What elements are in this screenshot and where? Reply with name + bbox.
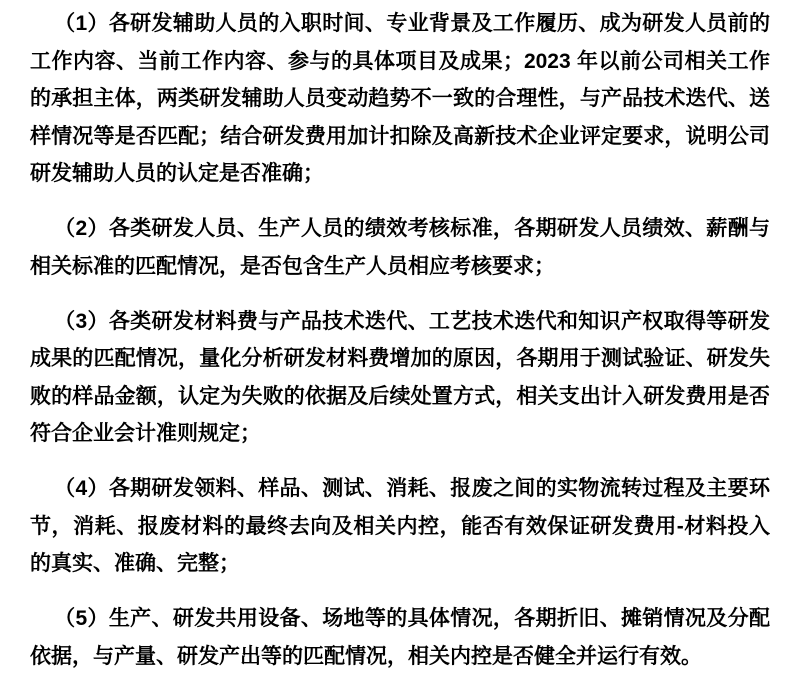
paragraph-item-5: （5）生产、研发共用设备、场地等的具体情况，各期折旧、摊销情况及分配依据，与产量… bbox=[30, 600, 770, 673]
paragraph-item-4: （4）各期研发领料、样品、测试、消耗、报废之间的实物流转过程及主要环节，消耗、报… bbox=[30, 470, 770, 583]
document-page: （1）各研发辅助人员的入职时间、专业背景及工作履历、成为研发人员前的工作内容、当… bbox=[0, 0, 799, 673]
paragraph-item-1: （1）各研发辅助人员的入职时间、专业背景及工作履历、成为研发人员前的工作内容、当… bbox=[30, 5, 770, 193]
paragraph-item-2: （2）各类研发人员、生产人员的绩效考核标准，各期研发人员绩效、薪酬与相关标准的匹… bbox=[30, 210, 770, 285]
paragraph-item-3: （3）各类研发材料费与产品技术迭代、工艺技术迭代和知识产权取得等研发成果的匹配情… bbox=[30, 303, 770, 453]
